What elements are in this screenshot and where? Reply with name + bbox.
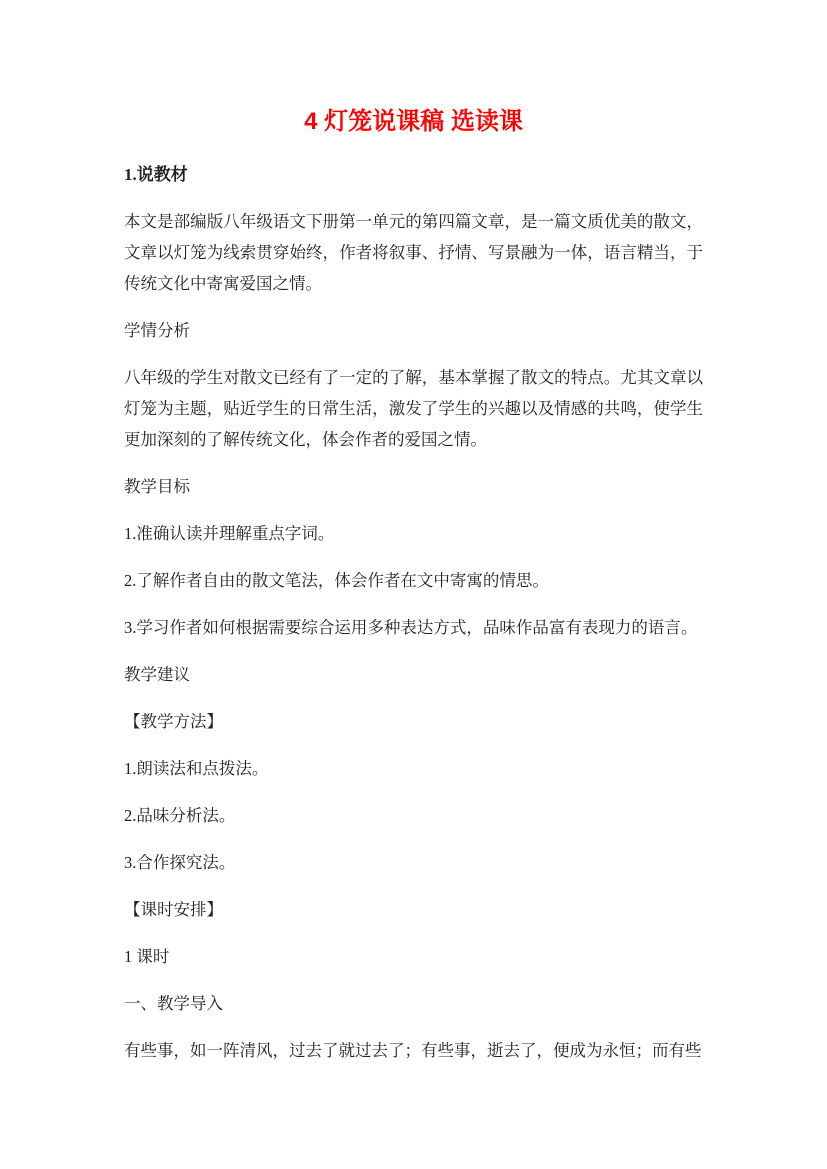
method-item-3: 3.合作探究法。 [124, 847, 703, 878]
document-page: 4 灯笼说课稿 选读课 1.说教材 本文是部编版八年级语文下册第一单元的第四篇文… [0, 0, 827, 1169]
method-item-2: 2.品味分析法。 [124, 800, 703, 831]
heading-teaching-suggestions: 教学建议 [124, 659, 703, 690]
heading-teaching-objectives: 教学目标 [124, 471, 703, 502]
objective-item-2: 2.了解作者自由的散文笔法，体会作者在文中寄寓的情思。 [124, 565, 703, 596]
paragraph-learning-analysis: 八年级的学生对散文已经有了一定的了解，基本掌握了散文的特点。尤其文章以灯笼为主题… [124, 362, 703, 455]
objective-item-1: 1.准确认读并理解重点字词。 [124, 518, 703, 549]
heading-learning-analysis: 学情分析 [124, 315, 703, 346]
objective-item-3: 3.学习作者如何根据需要综合运用多种表达方式，品味作品富有表现力的语言。 [124, 612, 703, 643]
paragraph-introduction-text: 有些事，如一阵清风，过去了就过去了；有些事，逝去了，便成为永恒；而有些 [124, 1035, 703, 1066]
document-title: 4 灯笼说课稿 选读课 [124, 105, 703, 138]
heading-lesson-introduction: 一、教学导入 [124, 988, 703, 1019]
paragraph-class-hours: 1 课时 [124, 941, 703, 972]
heading-class-schedule: 【课时安排】 [124, 894, 703, 925]
method-item-1: 1.朗读法和点拨法。 [124, 753, 703, 784]
heading-teaching-methods: 【教学方法】 [124, 706, 703, 737]
heading-teaching-material: 1.说教材 [124, 159, 703, 190]
paragraph-text-overview: 本文是部编版八年级语文下册第一单元的第四篇文章，是一篇文质优美的散文，文章以灯笼… [124, 206, 703, 299]
